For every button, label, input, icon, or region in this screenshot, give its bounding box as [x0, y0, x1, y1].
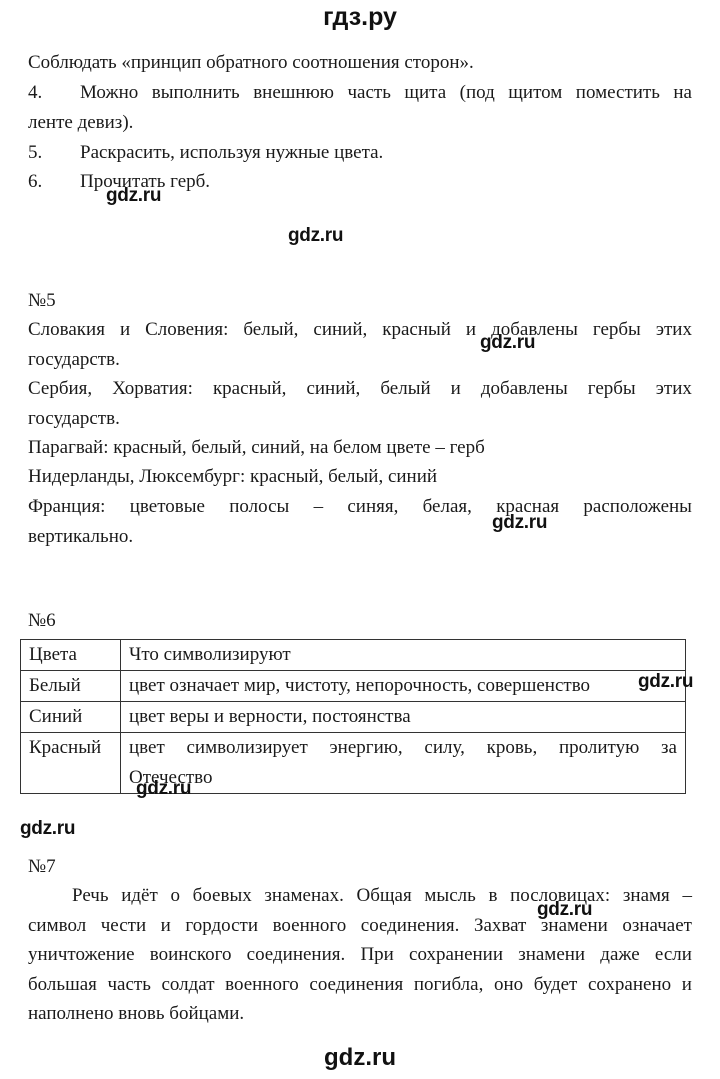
word: цвет: [129, 737, 165, 759]
word: символ: [28, 915, 86, 937]
word: выполнить: [152, 82, 240, 104]
table-row: Синий цвет веры и верности, постоянства: [21, 702, 686, 733]
word: символизирует: [187, 737, 308, 759]
header-watermark: гдз.ру: [0, 2, 720, 32]
word: часть: [107, 974, 150, 996]
task7-line4: большаячастьсолдатвоенногосоединенияпоги…: [28, 974, 692, 996]
word: знаменах.: [264, 885, 343, 907]
color-symbols-table: Цвета Что символизируют Белый цвет означ…: [20, 639, 686, 794]
watermark: gdz.ru: [480, 332, 535, 354]
word: оно: [494, 974, 523, 996]
item-5-text: Раскрасить, используя нужные цвета.: [80, 142, 383, 164]
task7-line2: символчестиигордостивоенногосоединения.З…: [28, 915, 692, 937]
word: силу,: [424, 737, 464, 759]
word: о: [170, 885, 180, 907]
task5-p5-line2: вертикально.: [28, 526, 133, 548]
word: знамя: [623, 885, 670, 907]
item-number-6: 6.: [28, 171, 42, 193]
word: энергию,: [330, 737, 403, 759]
word: внешнюю: [253, 82, 334, 104]
table-row: Белый цвет означает мир, чистоту, непоро…: [21, 671, 686, 702]
word: гербы: [593, 319, 641, 341]
task5-p1-line2: государств.: [28, 349, 120, 371]
word: соединения: [309, 974, 403, 996]
word: боевых: [193, 885, 252, 907]
task7-line1: Речьидётобоевыхзнаменах.Общаямысльвпосло…: [72, 885, 692, 907]
word: и: [120, 319, 130, 341]
word: белый,: [243, 319, 298, 341]
watermark: gdz.ru: [136, 778, 191, 800]
item-4-line2: ленте девиз).: [28, 112, 133, 134]
word: чести: [101, 915, 146, 937]
word: красный: [382, 319, 451, 341]
word: Хорватия:: [112, 378, 193, 400]
word: Словакия: [28, 319, 105, 341]
table-cell-color: Белый: [21, 671, 121, 702]
task5-p2-line2: государств.: [28, 408, 120, 430]
table-cell-meaning: цвет означает мир, чистоту, непорочность…: [121, 671, 686, 702]
word: При: [360, 944, 393, 966]
word: расположены: [583, 496, 692, 518]
word: добавлены: [481, 378, 568, 400]
word: –: [682, 885, 692, 907]
table-header-meaning: Что символизируют: [121, 640, 686, 671]
watermark: gdz.ru: [537, 899, 592, 921]
table-header-row: Цвета Что символизируют: [21, 640, 686, 671]
task6-heading: №6: [28, 610, 56, 632]
word: этих: [656, 378, 692, 400]
word: если: [655, 944, 692, 966]
word: и: [451, 378, 461, 400]
word: Общая: [357, 885, 412, 907]
item-number-5: 5.: [28, 142, 42, 164]
word: синий,: [313, 319, 367, 341]
word: щита: [404, 82, 446, 104]
task7-line5: наполнено вновь бойцами.: [28, 1003, 244, 1025]
watermark: gdz.ru: [638, 671, 693, 693]
word: Сербия,: [28, 378, 92, 400]
word: белый: [380, 378, 430, 400]
word: часть: [347, 82, 390, 104]
word: соединения.: [361, 915, 460, 937]
word: погибла,: [414, 974, 484, 996]
word: полосы: [229, 496, 289, 518]
task7-line3: уничтожениевоинскогосоединения.Присохран…: [28, 944, 692, 966]
word: этих: [656, 319, 692, 341]
word: поместить: [576, 82, 660, 104]
word: идёт: [121, 885, 158, 907]
watermark: gdz.ru: [106, 185, 161, 207]
table-cell-meaning-line2: Отечество: [129, 767, 677, 789]
word: военного: [273, 915, 347, 937]
word: сохранении: [409, 944, 503, 966]
word: в: [488, 885, 497, 907]
word: красный,: [213, 378, 286, 400]
word: синий,: [306, 378, 360, 400]
word: Словения:: [145, 319, 228, 341]
word: означает: [622, 915, 692, 937]
word: белая,: [423, 496, 472, 518]
watermark: gdz.ru: [492, 512, 547, 534]
table-cell-meaning: цветсимволизируетэнергию,силу,кровь,прол…: [121, 733, 686, 794]
table-cell-meaning-line1: цветсимволизируетэнергию,силу,кровь,прол…: [129, 737, 677, 759]
word: солдат: [161, 974, 214, 996]
word: на: [673, 82, 692, 104]
task5-p4: Нидерланды, Люксембург: красный, белый, …: [28, 466, 437, 488]
word: воинского: [150, 944, 232, 966]
word: гордости: [185, 915, 258, 937]
word: Можно: [80, 82, 138, 104]
word: щитом: [508, 82, 562, 104]
item-number-4: 4.: [28, 82, 42, 104]
table-cell-color: Красный: [21, 733, 121, 794]
table-header-colors: Цвета: [21, 640, 121, 671]
word: и: [161, 915, 171, 937]
word: знамени: [518, 944, 585, 966]
word: –: [314, 496, 324, 518]
item-4-line1: Можновыполнитьвнешнюючастьщита(подщитомп…: [80, 82, 692, 104]
word: и: [682, 974, 692, 996]
task5-p5-line1: Франция:цветовыеполосы–синяя,белая,красн…: [28, 496, 692, 518]
table-cell-meaning: цвет веры и верности, постоянства: [121, 702, 686, 733]
word: кровь,: [487, 737, 538, 759]
word: Речь: [72, 885, 109, 907]
word: цветовые: [130, 496, 205, 518]
task5-p1-line1: СловакияиСловения:белый,синий,красныйидо…: [28, 319, 692, 341]
word: уничтожение: [28, 944, 135, 966]
word: будет: [534, 974, 578, 996]
word: Захват: [474, 915, 526, 937]
footer-watermark: gdz.ru: [0, 1043, 720, 1073]
table-row: Красный цветсимволизируетэнергию,силу,кр…: [21, 733, 686, 794]
task5-p2-line1: Сербия,Хорватия:красный,синий,белыйидоба…: [28, 378, 692, 400]
word: соединения.: [247, 944, 346, 966]
task5-p3: Парагвай: красный, белый, синий, на бело…: [28, 437, 485, 459]
task7-heading: №7: [28, 856, 56, 878]
word: (под: [460, 82, 495, 104]
intro-line: Соблюдать «принцип обратного соотношения…: [28, 52, 474, 74]
word: за: [661, 737, 677, 759]
watermark: gdz.ru: [20, 818, 75, 840]
watermark: gdz.ru: [288, 225, 343, 247]
word: военного: [225, 974, 299, 996]
word: даже: [600, 944, 639, 966]
word: сохранено: [588, 974, 671, 996]
task5-heading: №5: [28, 290, 56, 312]
word: большая: [28, 974, 97, 996]
word: синяя,: [347, 496, 398, 518]
word: мысль: [424, 885, 475, 907]
table-cell-color: Синий: [21, 702, 121, 733]
word: пролитую: [559, 737, 639, 759]
word: гербы: [588, 378, 636, 400]
word: Франция:: [28, 496, 105, 518]
word: и: [466, 319, 476, 341]
